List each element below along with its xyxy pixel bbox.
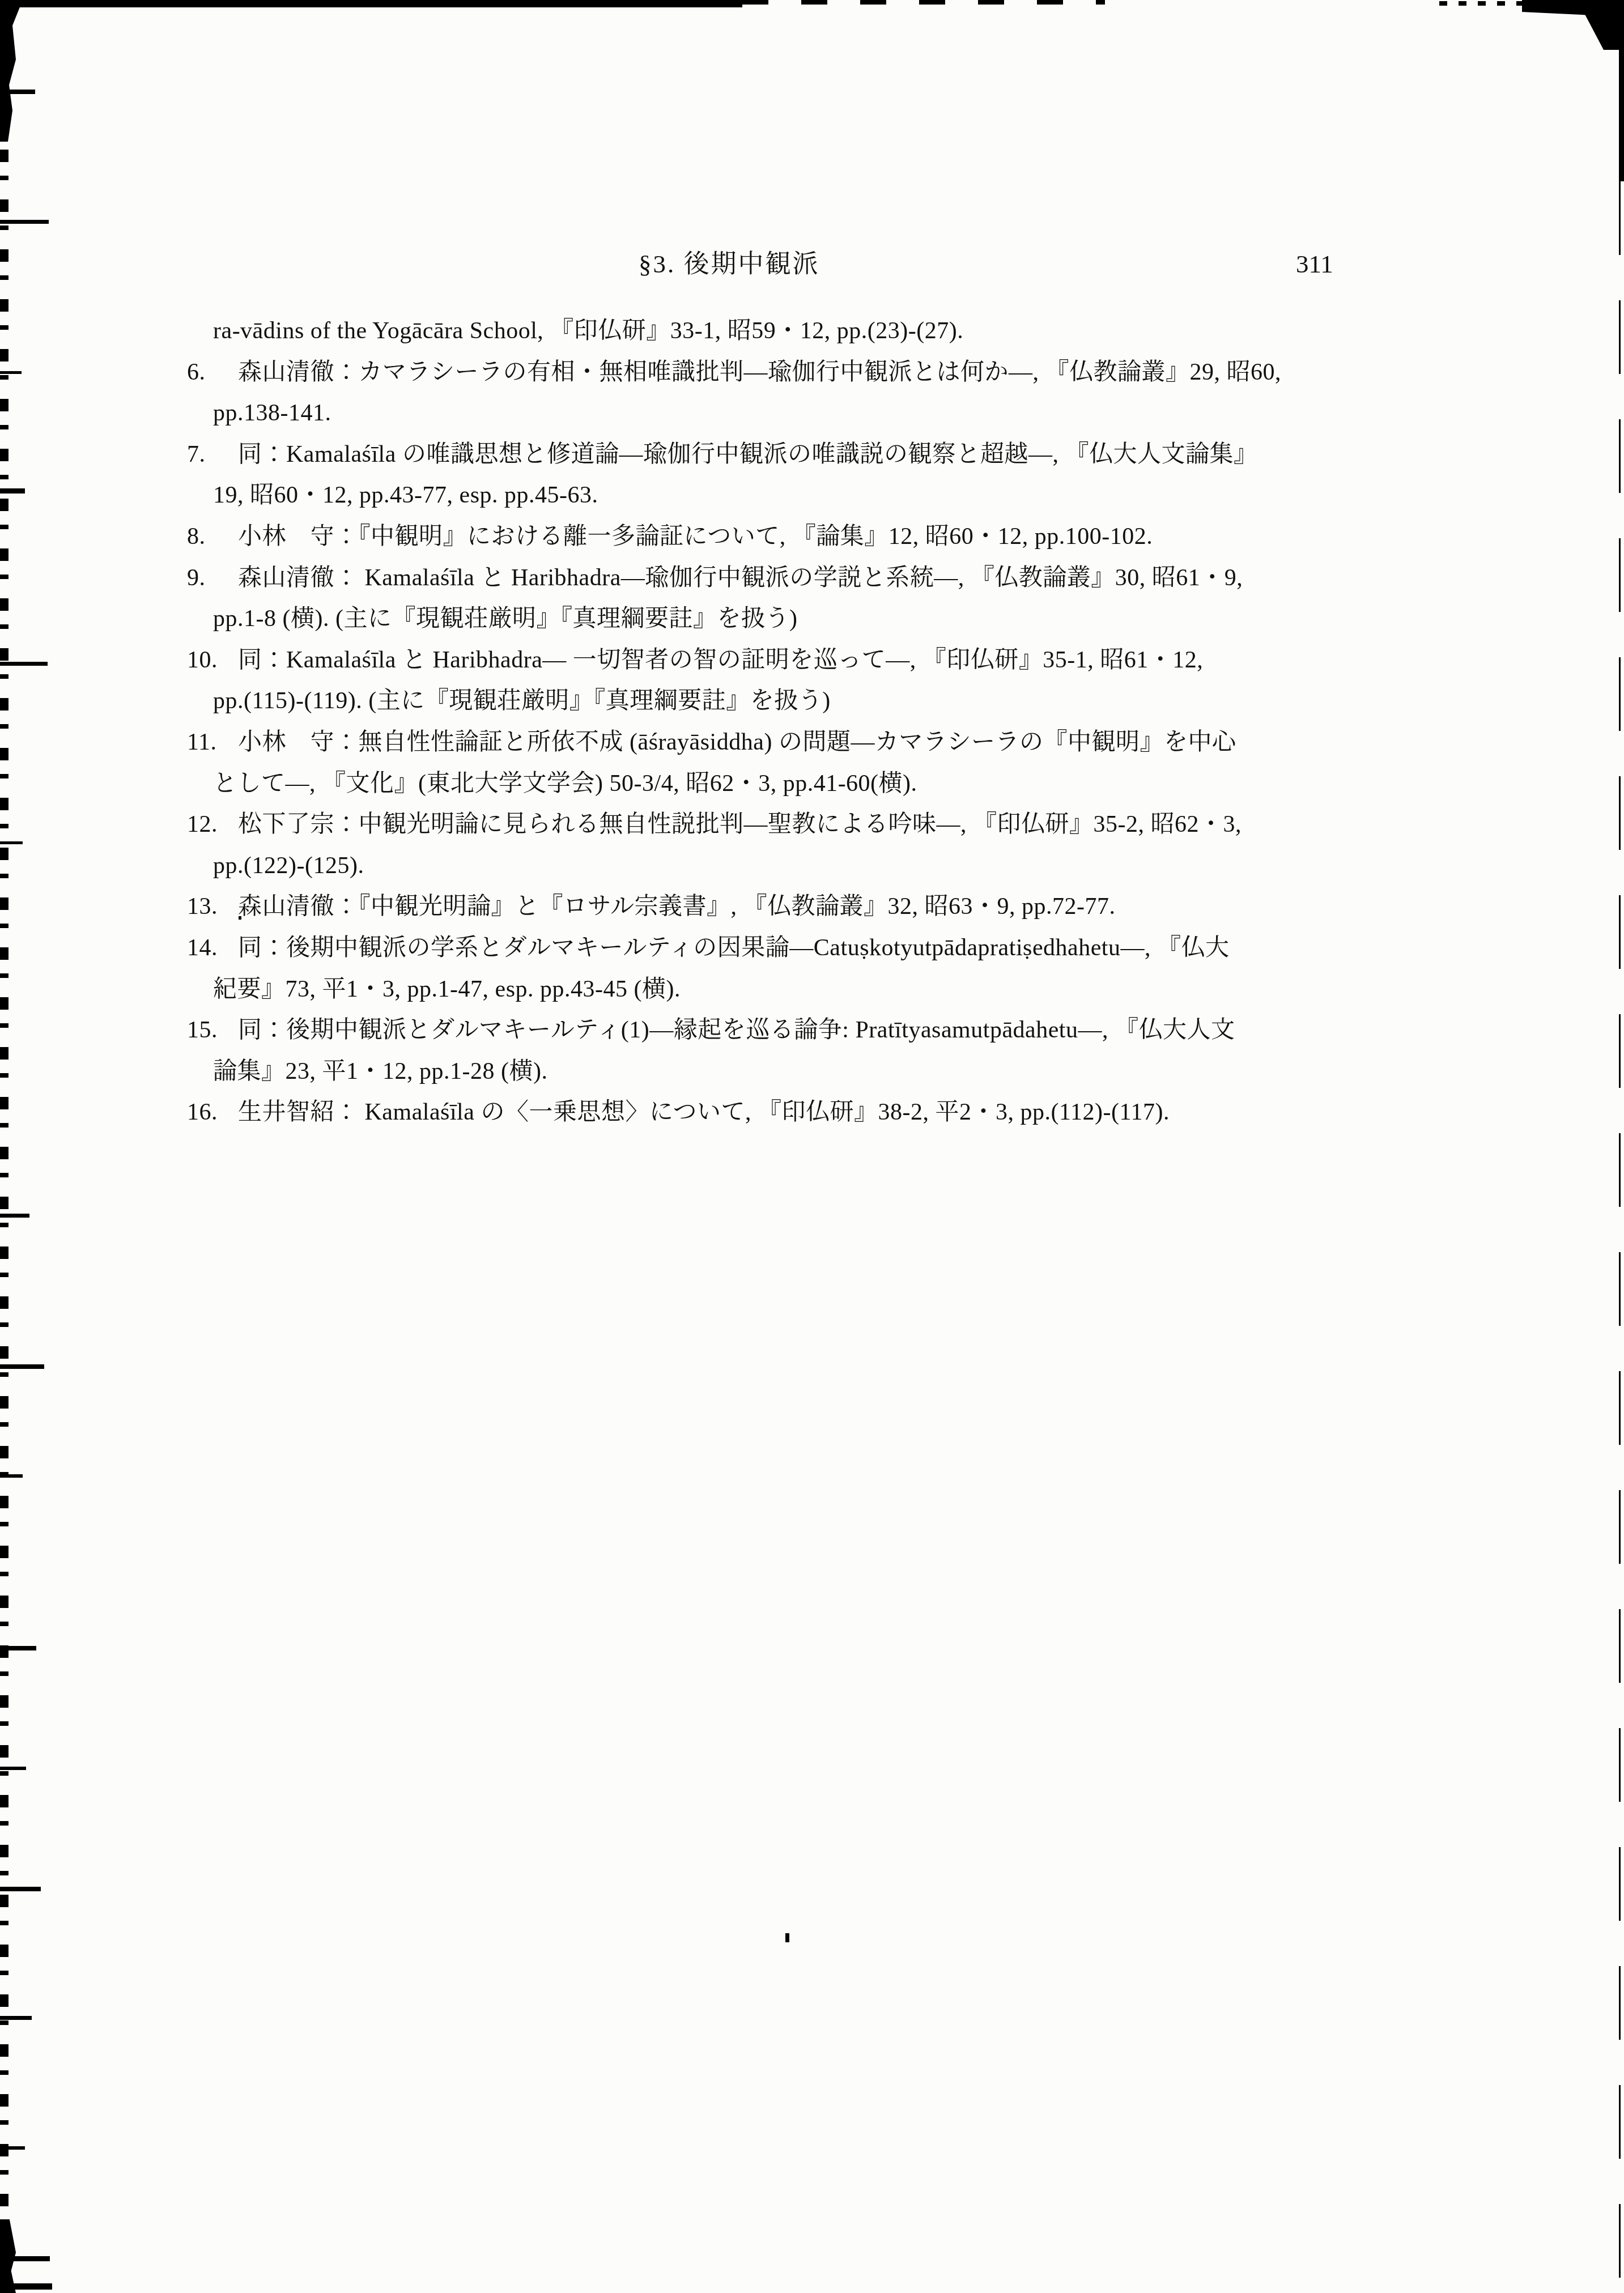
entry-text-line: 19, 昭60・12, pp.43-77, esp. pp.45-63. (187, 475, 1434, 516)
entry-text: 同：後期中観派とダルマキールティ(1)—縁起を巡る論争: Pratītyasam… (238, 1017, 1235, 1043)
scan-artifact-right-edge-top (1619, 0, 1624, 181)
bibliography-entry: 8.小林 守：『中観明』における離一多論証について, 『論集』12, 昭60・1… (187, 516, 1434, 558)
scan-artifact-tick (0, 488, 25, 494)
entry-text: 同：Kamalaśīla と Haribhadra— 一切智者の智の証明を巡って… (238, 647, 1203, 673)
scan-artifact-tick (0, 1214, 29, 1218)
entry-text-line: として—, 『文化』(東北大学文学会) 50-3/4, 昭62・3, pp.41… (187, 763, 1434, 805)
scan-artifact-tick (0, 220, 49, 224)
entry-text-line: 8.小林 守：『中観明』における離一多論証について, 『論集』12, 昭60・1… (187, 516, 1434, 558)
scan-speck (785, 1933, 789, 1942)
entry-text-line: 6.森山清徹：カマラシーラの有相・無相唯識批判—瑜伽行中観派とは何か—, 『仏教… (187, 352, 1434, 393)
entry-text: 森山清徹：カマラシーラの有相・無相唯識批判—瑜伽行中観派とは何か—, 『仏教論叢… (238, 359, 1281, 385)
entry-number: 8. (187, 516, 238, 558)
entry-text-line: pp.(122)-(125). (187, 845, 1434, 887)
scan-artifact-top-edge (0, 0, 742, 7)
entry-number: 14. (187, 928, 238, 969)
scan-artifact-top-right-corner (1522, 0, 1624, 50)
scan-artifact-left-binding-top (0, 0, 23, 142)
scan-artifact-tick (0, 1887, 41, 1891)
bibliography-entry: 16.生井智紹： Kamalaśīla の〈一乗思想〉について, 『印仏研』38… (187, 1092, 1434, 1133)
entry-number: 11. (187, 722, 238, 763)
bibliography-entry: 7.同：Kamalaśīla の唯識思想と修道論—瑜伽行中観派の唯識説の観察と超… (187, 434, 1434, 516)
page-number: 311 (1296, 247, 1333, 281)
entry-text-line: 紀要』73, 平1・3, pp.1-47, esp. pp.43-45 (横). (187, 969, 1434, 1010)
entry-text-line: 13.森山清徹：『中観光明論』と『ロサル宗義書』, 『仏教論叢』32, 昭63・… (187, 886, 1434, 928)
bibliography-entry: 13.森山清徹：『中観光明論』と『ロサル宗義書』, 『仏教論叢』32, 昭63・… (187, 886, 1434, 928)
entry-text: 同：後期中観派の学系とダルマキールティの因果論—Catuṣkotyutpādap… (238, 935, 1230, 961)
entry-text-line: pp.138-141. (187, 393, 1434, 434)
entry-text-line: 14.同：後期中観派の学系とダルマキールティの因果論—Catuṣkotyutpā… (187, 928, 1434, 969)
entry-text-line: pp.(115)-(119). (主に『現観荘厳明』『真理綱要註』を扱う) (187, 680, 1434, 722)
scan-artifact-top-edge-dots (1439, 1, 1524, 6)
entry-number: 15. (187, 1010, 238, 1051)
scanned-page: §3. 後期中観派 311 ra-vādins of the Yogācāra … (0, 0, 1624, 2293)
scan-artifact-bottom-tick (0, 2283, 52, 2290)
bibliography-entry: 12.松下了宗：中観光明論に見られる無自性説批判—聖教による吟味—, 『印仏研』… (187, 804, 1434, 886)
entry-text-line: pp.1-8 (横). (主に『現観荘厳明』『真理綱要註』を扱う) (187, 598, 1434, 640)
entry-text-line: 10.同：Kamalaśīla と Haribhadra— 一切智者の智の証明を… (187, 640, 1434, 681)
bibliography-entry: 10.同：Kamalaśīla と Haribhadra— 一切智者の智の証明を… (187, 640, 1434, 722)
bibliography-section: ra-vādins of the Yogācāra School, 『印仏研』3… (187, 310, 1434, 1133)
bibliography-entry: 9.森山清徹： Kamalaśīla と Haribhadra—瑜伽行中観派の学… (187, 558, 1434, 640)
entry-text-line: 論集』23, 平1・12, pp.1-28 (横). (187, 1051, 1434, 1092)
entry-text-line: 9.森山清徹： Kamalaśīla と Haribhadra—瑜伽行中観派の学… (187, 558, 1434, 599)
scan-artifact-top-edge-dashes (742, 0, 1105, 5)
section-title: §3. 後期中観派 (639, 247, 820, 281)
scan-artifact-tick (0, 1646, 36, 1650)
entry-text: 生井智紹： Kamalaśīla の〈一乗思想〉について, 『印仏研』38-2,… (238, 1099, 1170, 1125)
bibliography-entry: 6.森山清徹：カマラシーラの有相・無相唯識批判—瑜伽行中観派とは何か—, 『仏教… (187, 352, 1434, 434)
entry-text: 同：Kamalaśīla の唯識思想と修道論—瑜伽行中観派の唯識説の観察と超越—… (238, 441, 1257, 467)
scan-artifact-tick (0, 90, 35, 94)
entry-text: 小林 守：『中観明』における離一多論証について, 『論集』12, 昭60・12,… (238, 524, 1153, 550)
entry-number: 13. (187, 886, 238, 928)
scan-artifact-tick (0, 1474, 23, 1478)
entry-text: 森山清徹：『中観光明論』と『ロサル宗義書』, 『仏教論叢』32, 昭63・9, … (238, 894, 1115, 920)
entry-number: 9. (187, 558, 238, 599)
entry-number: 10. (187, 640, 238, 681)
carryover-reference-line: ra-vādins of the Yogācāra School, 『印仏研』3… (187, 310, 1434, 352)
bibliography-entry: 14.同：後期中観派の学系とダルマキールティの因果論—Catuṣkotyutpā… (187, 928, 1434, 1010)
entry-number: 6. (187, 352, 238, 393)
entry-text-line: 11.小林 守：無自性性論証と所依不成 (āśrayāsiddha) の問題—カ… (187, 722, 1434, 763)
entry-number: 12. (187, 804, 238, 845)
scan-artifact-left-binding (0, 0, 8, 2293)
bibliography-entry: 11.小林 守：無自性性論証と所依不成 (āśrayāsiddha) の問題—カ… (187, 722, 1434, 804)
scan-artifact-tick (0, 1767, 26, 1770)
bibliography-entry: 15.同：後期中観派とダルマキールティ(1)—縁起を巡る論争: Pratītya… (187, 1010, 1434, 1092)
scan-artifact-tick (0, 662, 48, 666)
entry-text: 森山清徹： Kamalaśīla と Haribhadra—瑜伽行中観派の学説と… (238, 565, 1243, 591)
scan-artifact-right-edge-line (1619, 181, 1621, 2293)
entry-text: 松下了宗：中観光明論に見られる無自性説批判—聖教による吟味—, 『印仏研』35-… (238, 811, 1242, 837)
scan-artifact-tick (0, 1364, 44, 1369)
entry-text: 小林 守：無自性性論証と所依不成 (āśrayāsiddha) の問題—カマラシ… (238, 729, 1236, 755)
entry-text-line: 7.同：Kamalaśīla の唯識思想と修道論—瑜伽行中観派の唯識説の観察と超… (187, 434, 1434, 475)
scan-artifact-bottom-left-corner (0, 2219, 16, 2293)
scan-artifact-tick (0, 371, 22, 374)
bibliography-list: 6.森山清徹：カマラシーラの有相・無相唯識批判—瑜伽行中観派とは何か—, 『仏教… (187, 352, 1434, 1133)
entry-number: 7. (187, 434, 238, 475)
scan-artifact-tick (0, 2146, 25, 2150)
entry-number: 16. (187, 1092, 238, 1133)
scan-artifact-tick (0, 2016, 32, 2020)
entry-text-line: 16.生井智紹： Kamalaśīla の〈一乗思想〉について, 『印仏研』38… (187, 1092, 1434, 1133)
scan-artifact-tick (0, 841, 23, 844)
page-header: §3. 後期中観派 311 (0, 247, 1624, 282)
entry-text-line: 12.松下了宗：中観光明論に見られる無自性説批判—聖教による吟味—, 『印仏研』… (187, 804, 1434, 845)
entry-text-line: 15.同：後期中観派とダルマキールティ(1)—縁起を巡る論争: Pratītya… (187, 1010, 1434, 1051)
